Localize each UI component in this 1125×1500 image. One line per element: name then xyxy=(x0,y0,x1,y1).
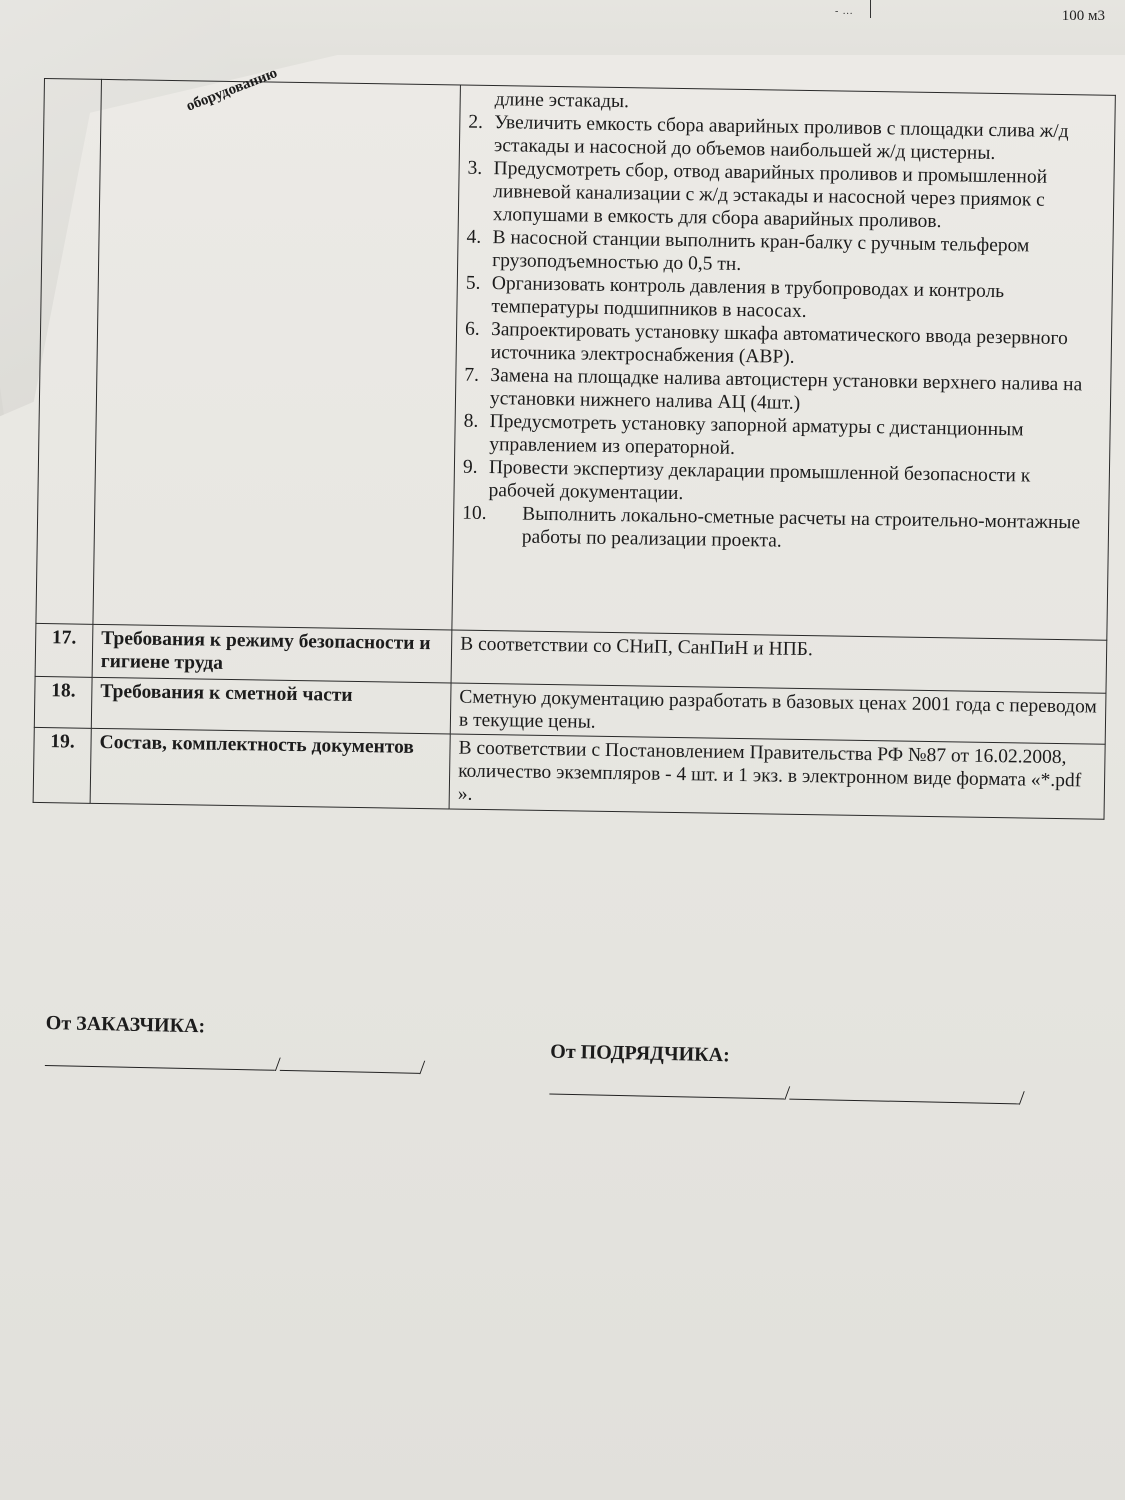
signature-blank xyxy=(45,1047,275,1071)
background-page-rule xyxy=(870,0,871,18)
table-row: оборудованию длине эстакады. 2.Увеличить… xyxy=(36,79,1115,641)
list-item: 3.Предусмотреть сбор, отвод аварийных пр… xyxy=(467,157,1106,236)
list-item-number: 4. xyxy=(466,226,493,272)
row-label: Требования к режиму безопасности и гигие… xyxy=(92,624,452,683)
list-item-number: 6. xyxy=(465,318,492,364)
row-number xyxy=(36,79,102,625)
list-item-number: 9. xyxy=(462,456,489,502)
background-page-dots: - ... xyxy=(835,6,853,17)
list-item-text: Предусмотреть сбор, отвод аварийных прол… xyxy=(493,157,1106,236)
contractor-signature: От ПОДРЯДЧИКА: // xyxy=(549,1041,1024,1111)
row-label: оборудованию xyxy=(93,79,461,630)
name-blank xyxy=(789,1081,1019,1105)
list-item-number: 2. xyxy=(468,111,495,157)
separator: / xyxy=(1019,1087,1024,1109)
row-label: Требования к сметной части xyxy=(91,677,451,734)
row-number: 17. xyxy=(35,623,93,677)
requirements-list: длине эстакады. 2.Увеличить емкость сбор… xyxy=(462,88,1107,558)
row-number: 18. xyxy=(34,676,92,728)
list-item-number: 8. xyxy=(463,410,490,456)
list-item-text: Выполнить локально-сметные расчеты на ст… xyxy=(522,503,1101,558)
background-page-volume: 100 м3 xyxy=(1062,8,1105,25)
row-number: 19. xyxy=(33,727,91,803)
row-content: В соответствии с Постановлением Правител… xyxy=(449,734,1105,819)
signature-blank xyxy=(549,1076,784,1100)
list-item: 10.Выполнить локально-сметные расчеты на… xyxy=(462,502,1101,558)
separator: / xyxy=(419,1057,424,1079)
specification-table: оборудованию длине эстакады. 2.Увеличить… xyxy=(33,78,1116,820)
row-content: длине эстакады. 2.Увеличить емкость сбор… xyxy=(452,85,1115,640)
list-item-number: 5. xyxy=(465,272,492,318)
row-label: Состав, комплектность документов xyxy=(90,728,450,809)
document-body: оборудованию длине эстакады. 2.Увеличить… xyxy=(33,78,1116,820)
list-item-number: 10. xyxy=(462,502,523,549)
list-item-number: 3. xyxy=(467,157,494,226)
customer-signature: От ЗАКАЗЧИКА: // xyxy=(45,1012,425,1080)
name-blank xyxy=(279,1052,419,1074)
list-item-number: 7. xyxy=(464,364,491,410)
